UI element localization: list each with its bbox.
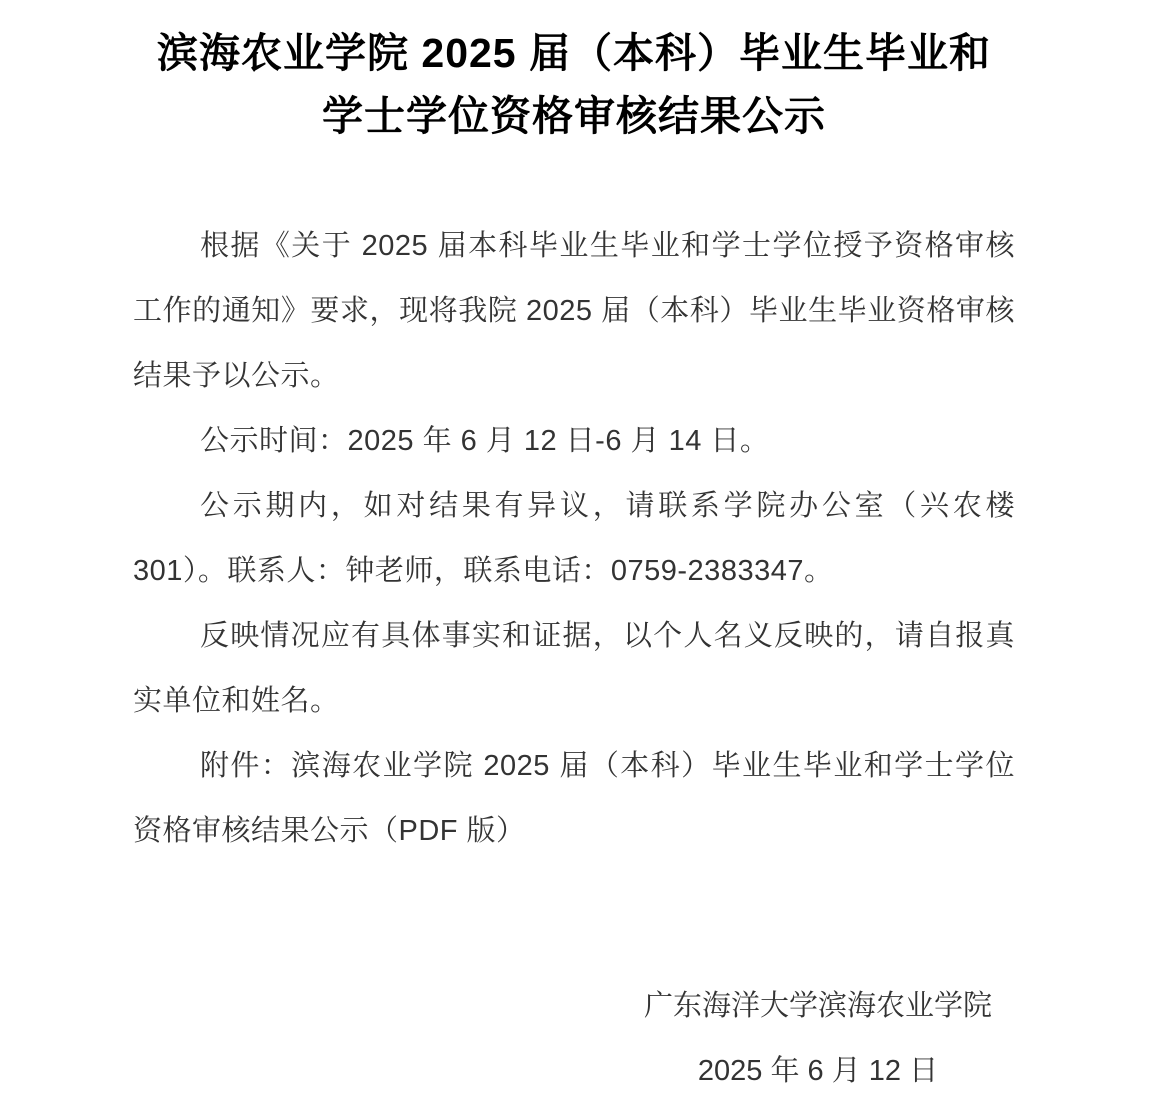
paragraph-feedback-requirements: 反映情况应有具体事实和证据，以个人名义反映的，请自报真实单位和姓名。 — [133, 604, 1015, 734]
signature-date: 2025 年 6 月 12 日 — [618, 1039, 1018, 1104]
title-line-1: 滨海农业学院 2025 届（本科）毕业生毕业和 — [133, 22, 1015, 85]
paragraph-publicity-period: 公示时间：2025 年 6 月 12 日-6 月 14 日。 — [133, 409, 1015, 474]
signature-organization: 广东海洋大学滨海农业学院 — [618, 974, 1018, 1039]
paragraph-attachment: 附件：滨海农业学院 2025 届（本科）毕业生毕业和学士学位资格审核结果公示（P… — [133, 734, 1015, 864]
page-title: 滨海农业学院 2025 届（本科）毕业生毕业和 学士学位资格审核结果公示 — [133, 22, 1015, 148]
paragraph-intro: 根据《关于 2025 届本科毕业生毕业和学士学位授予资格审核工作的通知》要求，现… — [133, 214, 1015, 409]
signature-block: 广东海洋大学滨海农业学院 2025 年 6 月 12 日 — [618, 974, 1018, 1104]
announcement-document: 滨海农业学院 2025 届（本科）毕业生毕业和 学士学位资格审核结果公示 根据《… — [0, 0, 1153, 1113]
paragraph-contact-info: 公示期内，如对结果有异议，请联系学院办公室（兴农楼 301）。联系人：钟老师，联… — [133, 474, 1015, 604]
document-body: 根据《关于 2025 届本科毕业生毕业和学士学位授予资格审核工作的通知》要求，现… — [133, 214, 1015, 864]
title-line-2: 学士学位资格审核结果公示 — [133, 85, 1015, 148]
